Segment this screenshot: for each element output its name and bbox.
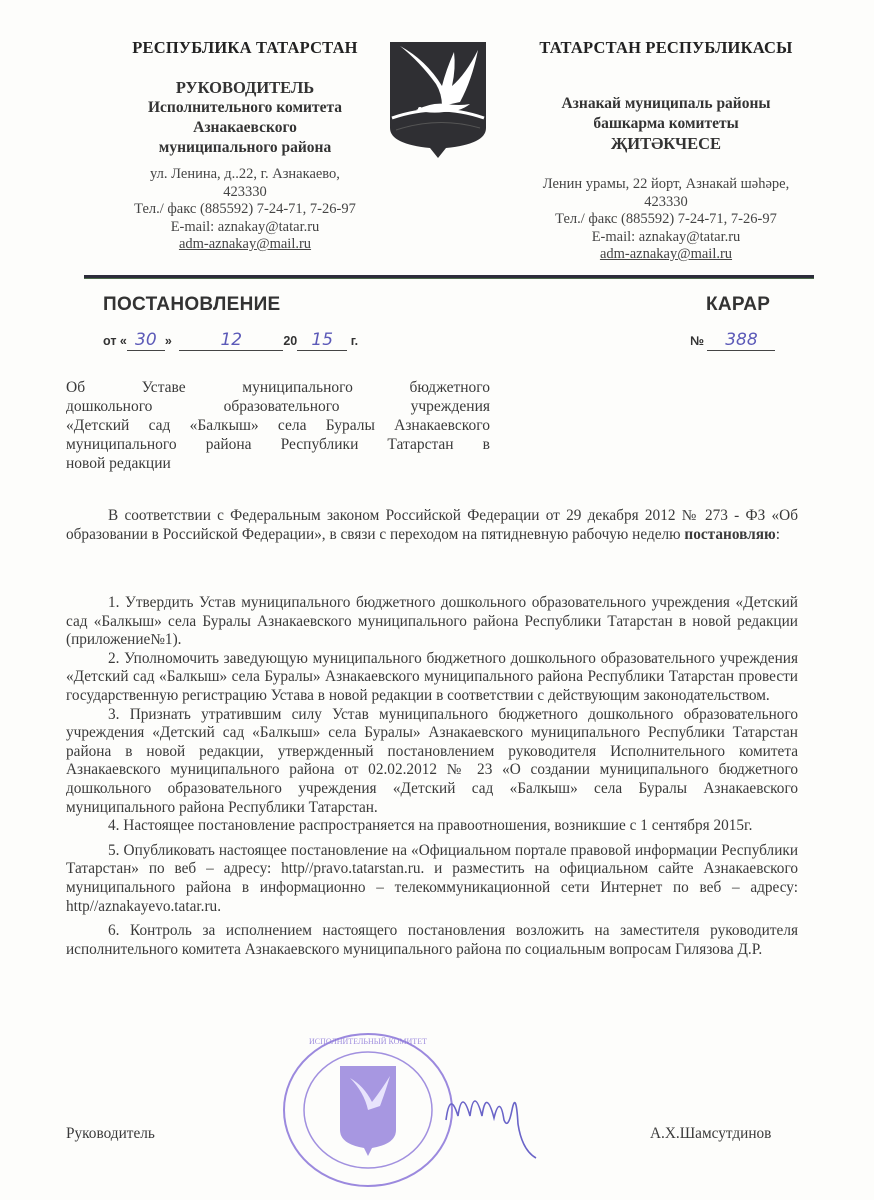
email: E-mail: aznakay@tatar.ru — [95, 219, 395, 237]
date-day: 30 — [135, 330, 157, 350]
header-divider — [84, 275, 814, 279]
item-5: 5. Опубликовать настоящее постановление … — [66, 842, 798, 916]
header-left-org: РУКОВОДИТЕЛЬ Исполнительного комитета Аз… — [95, 78, 395, 158]
item-2: 2. Уполномочить заведующую муниципальног… — [66, 650, 798, 706]
number-value: 388 — [725, 330, 757, 350]
date-line: от «30» 122015 г. — [103, 330, 358, 351]
subject-line: Об Уставе муниципального бюджетного — [66, 378, 490, 397]
email-link[interactable]: adm-aznakay@mail.ru — [508, 246, 824, 264]
postcode: 423330 — [508, 194, 824, 212]
org-line: Азнакай муниципаль районы — [508, 94, 824, 114]
date-prefix: от « — [103, 334, 127, 348]
subject-line: дошкольного образовательного учреждения — [66, 397, 490, 416]
date-mid: » — [165, 334, 172, 348]
email: E-mail: aznakay@tatar.ru — [508, 229, 824, 247]
subject-line: новой редакции — [66, 454, 490, 473]
handwritten-signature-icon — [440, 1080, 550, 1160]
header-left-contacts: ул. Ленина, д..22, г. Азнакаево, 423330 … — [95, 166, 395, 254]
phone: Тел./ факс (885592) 7-24-71, 7-26-97 — [95, 201, 395, 219]
item-3: 3. Признать утратившим силу Устав муници… — [66, 706, 798, 818]
item-6: 6. Контроль за исполнением настоящего по… — [66, 922, 798, 959]
document-subject: Об Уставе муниципального бюджетного дошк… — [66, 378, 490, 473]
date-year: 15 — [311, 330, 333, 350]
org-line: муниципального района — [95, 138, 395, 158]
subject-line: «Детский сад «Балкыш» села Буралы Азнака… — [66, 416, 490, 435]
signature-name: А.Х.Шамсутдинов — [650, 1125, 771, 1143]
address: ул. Ленина, д..22, г. Азнакаево, — [95, 166, 395, 184]
date-year-prefix: 20 — [283, 334, 297, 348]
resolution-items: 1. Утвердить Устав муниципального бюджет… — [66, 594, 798, 959]
header-left-block: РЕСПУБЛИКА ТАТАРСТАН РУКОВОДИТЕЛЬ Исполн… — [95, 38, 395, 254]
doc-type-left: ПОСТАНОВЛЕНИЕ — [103, 294, 281, 316]
doc-type-right: КАРАР — [706, 294, 770, 316]
date-month: 12 — [220, 330, 242, 350]
item-4: 4. Настоящее постановление распространяе… — [66, 817, 798, 836]
org-line: РУКОВОДИТЕЛЬ — [95, 78, 395, 98]
number-prefix: № — [690, 334, 704, 348]
eagle-coat-of-arms-icon — [386, 40, 490, 160]
preamble-bold: постановляю — [684, 526, 775, 543]
signature-title: Руководитель — [66, 1125, 155, 1143]
postcode: 423330 — [95, 184, 395, 202]
phone: Тел./ факс (885592) 7-24-71, 7-26-97 — [508, 211, 824, 229]
org-line: ҖИТӘКЧЕСЕ — [508, 134, 824, 154]
date-suffix: г. — [351, 334, 358, 348]
address: Ленин урамы, 22 йорт, Азнакай шәһәре, — [508, 176, 824, 194]
number-line: № 388 — [690, 330, 775, 351]
preamble: В соответствии с Федеральным законом Рос… — [66, 507, 798, 544]
org-line: Азнакаевского — [95, 118, 395, 138]
svg-text:ИСПОЛНИТЕЛЬНЫЙ КОМИТЕТ: ИСПОЛНИТЕЛЬНЫЙ КОМИТЕТ — [309, 1037, 427, 1046]
header-right-org: Азнакай муниципаль районы башкарма комит… — [508, 94, 824, 154]
item-1: 1. Утвердить Устав муниципального бюджет… — [66, 594, 798, 650]
org-line: Исполнительного комитета — [95, 98, 395, 118]
subject-line: муниципального района Республики Татарст… — [66, 435, 490, 454]
header-right-contacts: Ленин урамы, 22 йорт, Азнакай шәһәре, 42… — [508, 176, 824, 264]
header-right-block: ТАТАРСТАН РЕСПУБЛИКАСЫ Азнакай муниципал… — [508, 38, 824, 264]
header-left-title: РЕСПУБЛИКА ТАТАРСТАН — [95, 38, 395, 58]
header-right-title: ТАТАРСТАН РЕСПУБЛИКАСЫ — [508, 38, 824, 58]
email-link[interactable]: adm-aznakay@mail.ru — [95, 236, 395, 254]
preamble-end: : — [776, 526, 780, 543]
org-line: башкарма комитеты — [508, 114, 824, 134]
